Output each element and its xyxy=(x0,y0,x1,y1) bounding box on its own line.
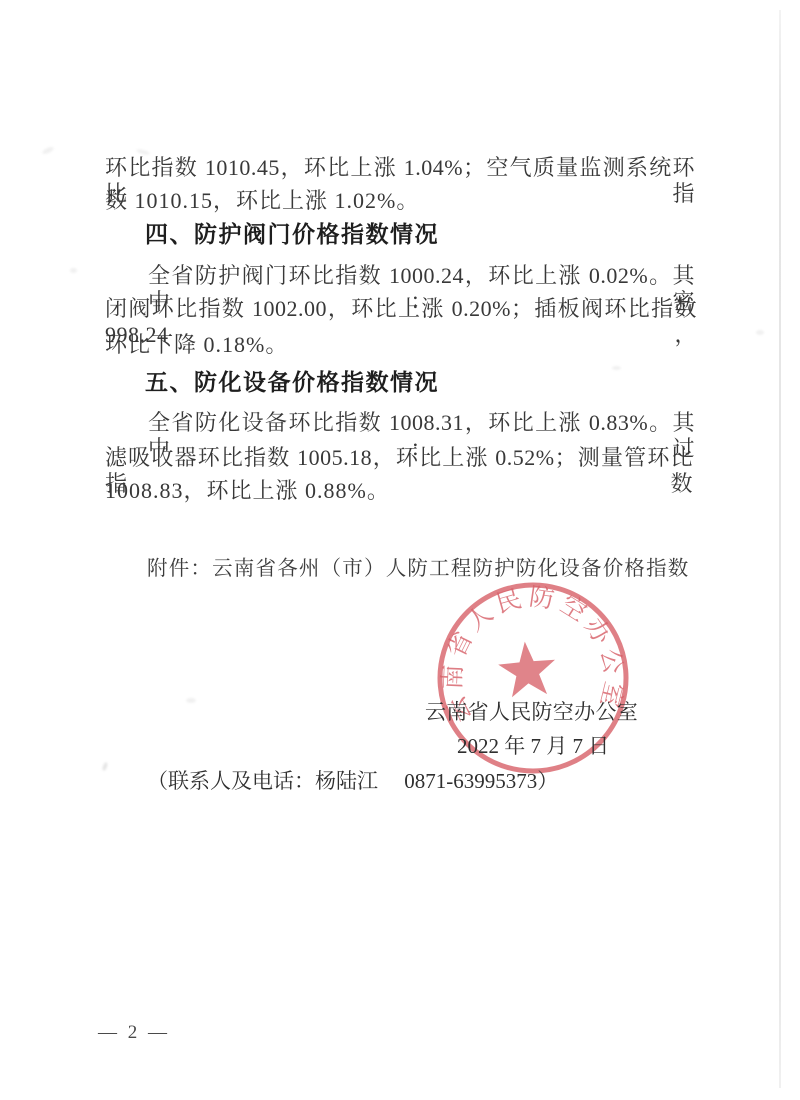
body-line: 1008.83，环比上涨 0.88%。 xyxy=(105,478,390,504)
document-page: 环比指数 1010.45，环比上涨 1.04%；空气质量监测系统环比指 数 10… xyxy=(0,0,800,1100)
page-number: — 2 — xyxy=(98,1022,170,1044)
scan-edge-line xyxy=(779,10,781,1088)
scan-speck xyxy=(756,330,764,335)
body-line: 数 1010.15，环比上涨 1.02%。 xyxy=(105,188,419,214)
scan-speck xyxy=(612,366,621,370)
scan-speck xyxy=(70,268,77,273)
body-line: 环比下降 0.18%。 xyxy=(105,332,288,358)
signature-date: 2022 年 7 月 7 日 xyxy=(457,730,609,760)
scan-speck xyxy=(186,698,196,703)
seal-star-icon xyxy=(496,639,558,698)
section-heading-5: 五、防化设备价格指数情况 xyxy=(145,369,439,395)
scan-speck xyxy=(42,146,55,156)
contact-line: （联系人及电话：杨陆江 0871-63995373） xyxy=(147,765,558,795)
section-heading-4: 四、防护阀门价格指数情况 xyxy=(145,221,439,247)
signature-org: 云南省人民防空办公室 xyxy=(425,696,638,726)
scan-speck xyxy=(102,762,109,772)
